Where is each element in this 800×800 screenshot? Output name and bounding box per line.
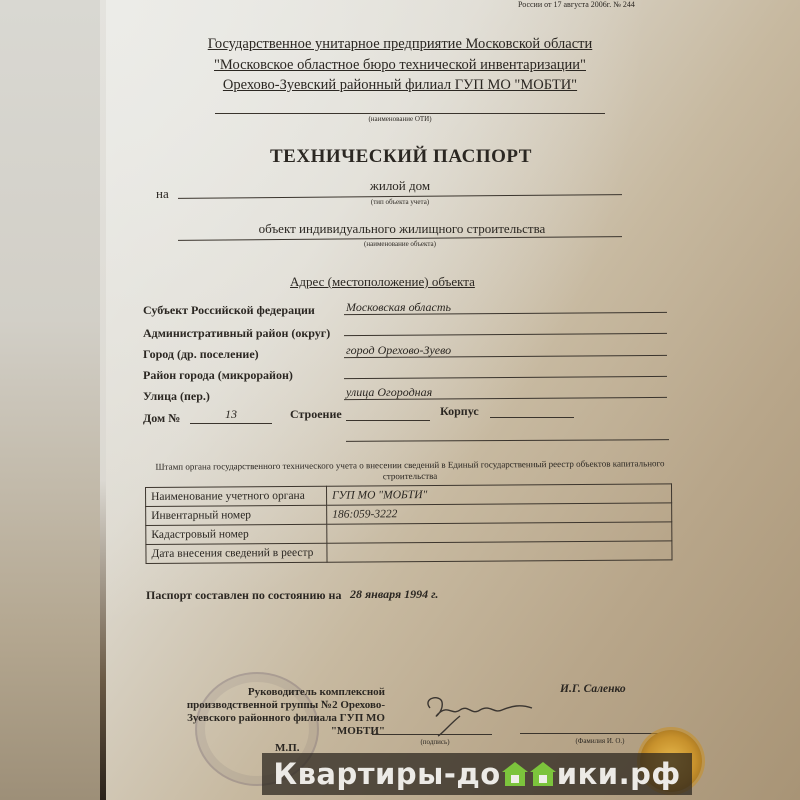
org-header-line-1: Государственное унитарное предприятие Мо… [180,36,620,53]
signature-icon [420,690,540,738]
name-caption: (Фамилия И. О.) [560,737,640,745]
registry-value [327,522,672,543]
signatory-position: Руководитель комплексной производственно… [145,686,385,738]
house-icon [530,762,556,786]
name-underline [520,733,675,734]
block-underline [490,417,574,418]
registry-key: Кадастровый номер [146,524,327,544]
background-surface [0,0,100,800]
compiled-label: Паспорт составлен по состоянию на [146,588,341,603]
object-type-caption: (тип объекта учета) [330,198,470,206]
signatory-name: И.Г. Саленко [560,683,626,695]
signature-caption: (подпись) [400,738,470,746]
registry-heading: Штамп органа государственного техническо… [150,458,670,484]
table-row: Дата внесения сведений в реестр [146,541,672,564]
signatory-position-line: "МОБТИ" [145,725,385,738]
org-header-line-3: Орехово-Зуевский районный филиал ГУП МО … [180,77,620,94]
subject-label: Субъект Российской федерации [143,303,315,318]
watermark-banner: Квартиры-до ики.рф [262,753,692,795]
page-title: ТЕХНИЧЕСКИЙ ПАСПОРТ [270,146,532,168]
block-label: Корпус [440,404,479,419]
registry-value: 186:059-3222 [327,503,672,524]
registry-key: Наименование учетного органа [146,486,327,506]
microdistrict-label: Район города (микрорайон) [143,368,293,383]
signatory-position-line: Руководитель комплексной [145,686,385,699]
house-label: Дом № [143,411,180,426]
watermark-text-end: ики.рф [557,757,681,791]
compiled-date: 28 января 1994 г. [350,587,438,602]
org-header-line-2: "Московское областное бюро технической и… [180,57,620,74]
registry-key: Дата внесения сведений в реестр [146,543,327,563]
registry-value [327,541,672,562]
district-label: Административный район (округ) [143,326,330,341]
building-underline [346,420,430,421]
registry-value: ГУП МО "МОБТИ" [326,484,671,505]
signatory-position-line: производственной группы №2 Орехово- [145,699,385,712]
house-icon [502,762,528,786]
registry-key: Инвентарный номер [146,505,327,525]
house-underline [190,423,272,424]
org-underline [215,113,605,114]
object-name-value: объект индивидуального жилищного строите… [180,221,624,237]
registry-table: Наименование учетного органа ГУП МО "МОБ… [145,483,673,564]
regulation-reference: России от 17 августа 2006г. № 244 [518,0,635,9]
org-caption: (наименование ОТИ) [330,115,470,123]
address-heading: Адрес (местоположение) объекта [290,274,475,290]
object-type-value: жилой дом [180,178,620,194]
city-label: Город (др. поселение) [143,347,259,362]
signatory-position-line: Зуевского районного филиала ГУП МО [145,712,385,725]
signature-underline [372,734,492,735]
on-label: на [156,186,169,202]
watermark-text-start: Квартиры-до [273,757,500,791]
house-value: 13 [225,407,237,422]
building-label: Строение [290,407,342,422]
object-name-caption: (наименование объекта) [330,240,470,248]
street-label: Улица (пер.) [143,389,210,404]
